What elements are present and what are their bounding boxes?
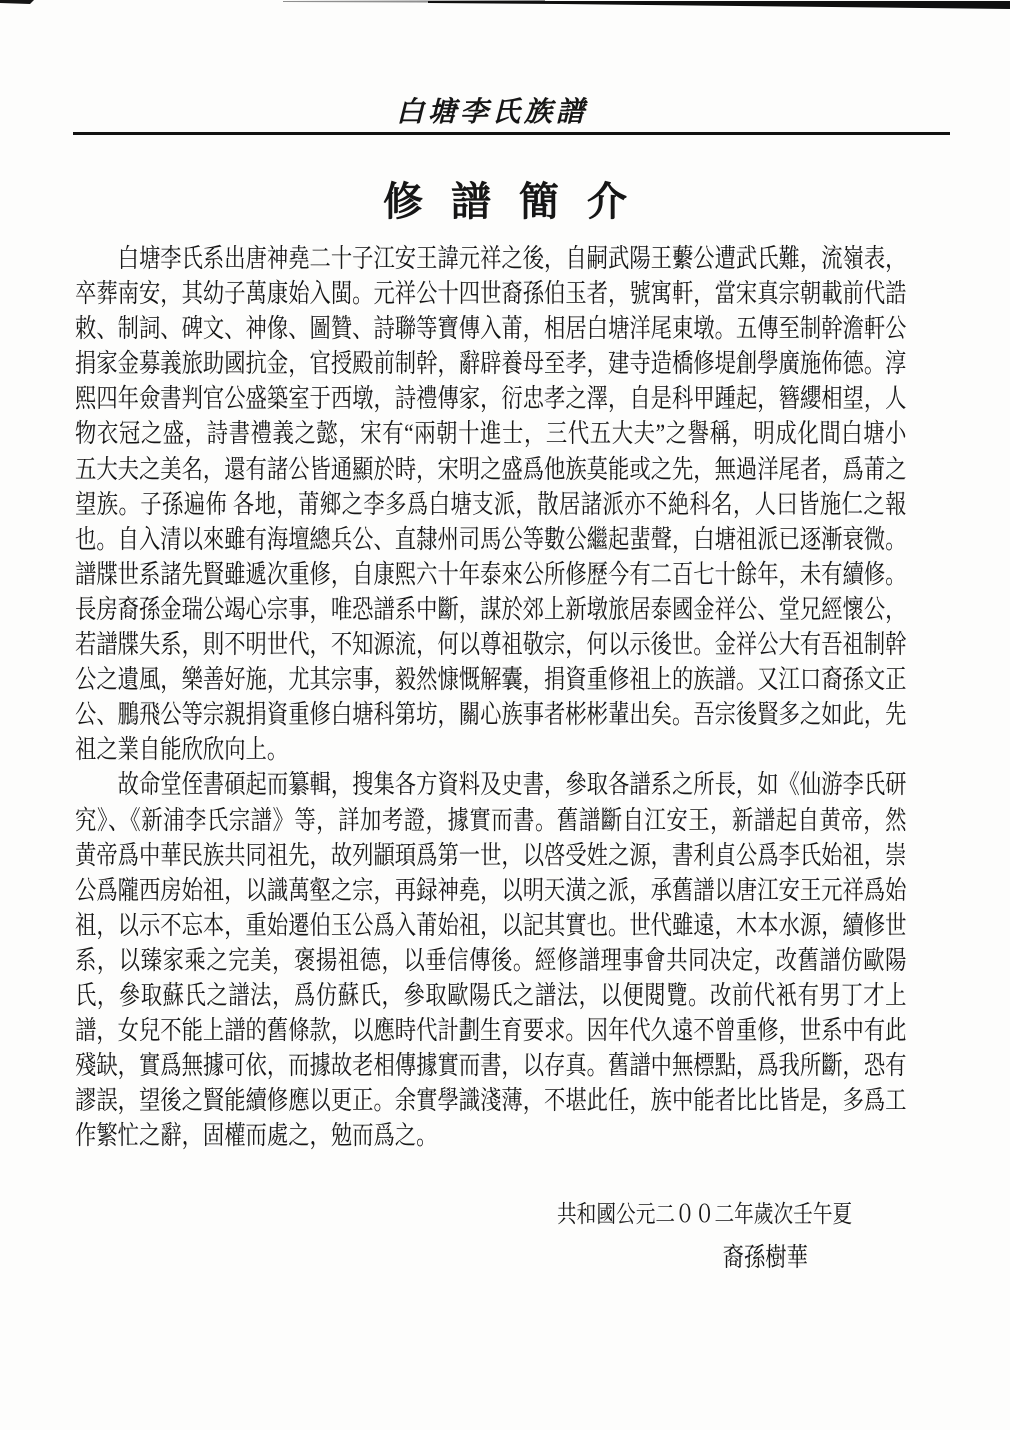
colophon-date: 共和國公元二００二年歲次壬午夏 [557,1200,983,1230]
text-line: 卒葬南安，其幼子萬康始入閩。元祥公十四世裔孫伯玉者，號寓軒，當宋真宗朝載前代誥 [75,276,906,311]
body-text: 白塘李氏系出唐神堯二十子江安王諱元祥之後，自嗣武陽王蘻公遭武氏難，流嶺表，卒葬南… [75,241,906,1153]
text-line: 物衣冠之盛，詩書禮義之懿，宋有“兩朝十進士，三代五大夫”之譽稱，明成化間白塘小 [75,416,906,451]
text-line: 熙四年僉書判官公盛築室于西墩，詩禮傳家，衍忠孝之澤，自是科甲踵起，簪纓相望，人 [75,381,906,416]
text-line: 黄帝爲中華民族共同祖先，故列顓頊爲第一世，以啓受姓之源，書利貞公爲李氏始祖，崇 [75,838,906,873]
paragraph: 故命堂侄書碩起而纂輯，搜集各方資料及史書，參取各譜系之所長，如《仙游李氏研究》、… [75,767,906,1153]
text-line: 氏，參取蘇氏之譜法，爲仿蘇氏，參取歐陽氏之譜法，以便閱覽。改前代衹有男丁才上 [75,978,906,1013]
text-line: 若譜牒失系，則不明世代，不知源流，何以尊祖敬宗，何以示後世。金祥公大有吾祖制幹 [75,627,906,662]
text-line: 祖，以示不忘本，重始遷伯玉公爲入莆始祖，以記其實也。世代雖遠，木本水源，續修世 [75,908,906,943]
text-line: 白塘李氏系出唐神堯二十子江安王諱元祥之後，自嗣武陽王蘻公遭武氏難，流嶺表， [75,241,906,276]
text-line: 敕、制詞、碑文、神像、圖贊、詩聯等寶傳入莆，相居白塘洋尾東墩。五傳至制幹澹軒公 [75,311,906,346]
colophon: 共和國公元二００二年歲次壬午夏 裔孫樹華 [557,1200,983,1273]
section-title: 修譜簡介 [0,170,1010,227]
text-line: 譜，女兒不能上譜的舊條款，以應時代計劃生育要求。因年代久遠不曾重修，世系中有此 [75,1013,906,1048]
text-line: 公之遺風，樂善好施，尤其宗事，毅然慷慨解囊，捐資重修祖上的族譜。又江口裔孫文正 [75,662,906,697]
text-line: 作繁忙之辭，固權而處之，勉而爲之。 [75,1118,906,1153]
text-line: 五大夫之美名，還有諸公皆通顯於時，宋明之盛爲他族莫能或之先，無過洋尾者，爲莆之 [75,452,906,487]
text-line: 譜牒世系諸先賢雖遞次重修，自康熙六十年泰來公所修歷今有二百七十餘年，未有續修。 [75,557,906,592]
text-line: 長房裔孫金瑞公竭心宗事，唯恐譜系中斷，謀於郊上新墩旅居泰國金祥公、堂兄經懷公， [75,592,906,627]
text-line: 系，以臻家乘之完美，褒揚祖德，以垂信傳後。經修譜理事會共同决定，改舊譜仿歐陽 [75,943,906,978]
paragraph: 白塘李氏系出唐神堯二十子江安王諱元祥之後，自嗣武陽王蘻公遭武氏難，流嶺表，卒葬南… [75,241,906,767]
text-line: 謬誤，望後之賢能續修應以更正。余實學識淺薄，不堪此任，族中能者比比皆是，多爲工 [75,1083,906,1118]
genealogy-document-page: 白塘李氏族譜 修譜簡介 白塘李氏系出唐神堯二十子江安王諱元祥之後，自嗣武陽王蘻公… [0,0,1010,1430]
text-line: 公爲隴西房始祖，以識萬壑之宗，再録神堯，以明天潢之派，承舊譜以唐江安王元祥爲始 [75,873,906,908]
text-line: 捐家金募義旅助國抗金，官授殿前制幹，辭辟養母至孝，建寺造橋修堤創學廣施佈德。淳 [75,346,906,381]
text-line: 公、鵬飛公等宗親捐資重修白塘科第坊，關心族事者彬彬輩出矣。吾宗後賢多之如此，先 [75,697,906,732]
text-line: 故命堂侄書碩起而纂輯，搜集各方資料及史書，參取各譜系之所長，如《仙游李氏研 [75,767,906,802]
text-line: 望族。子孫遍佈 各地，莆鄉之李多爲白塘支派，散居諸派亦不絶科名，人曰皆施仁之報 [75,487,906,522]
text-line: 究》、《新浦李氏宗譜》等，詳加考證，據實而書。舊譜斷自江安王，新譜起自黄帝，然 [75,803,906,838]
text-line: 殘缺，實爲無據可依，而據故老相傳據實而書，以存真。舊譜中無標點，爲我所斷，恐有 [75,1048,906,1083]
scan-artifact-top-edge [0,0,1010,14]
text-line: 也。自入清以來雖有海壇總兵公、直隸州司馬公等數公繼起蜚聲，白塘祖派已逐漸衰微。 [75,522,906,557]
running-header-title: 白塘李氏族譜 [396,90,596,130]
colophon-signature: 裔孫樹華 [557,1243,983,1273]
header-rule [73,132,950,135]
text-line: 祖之業自能欣欣向上。 [75,732,906,767]
